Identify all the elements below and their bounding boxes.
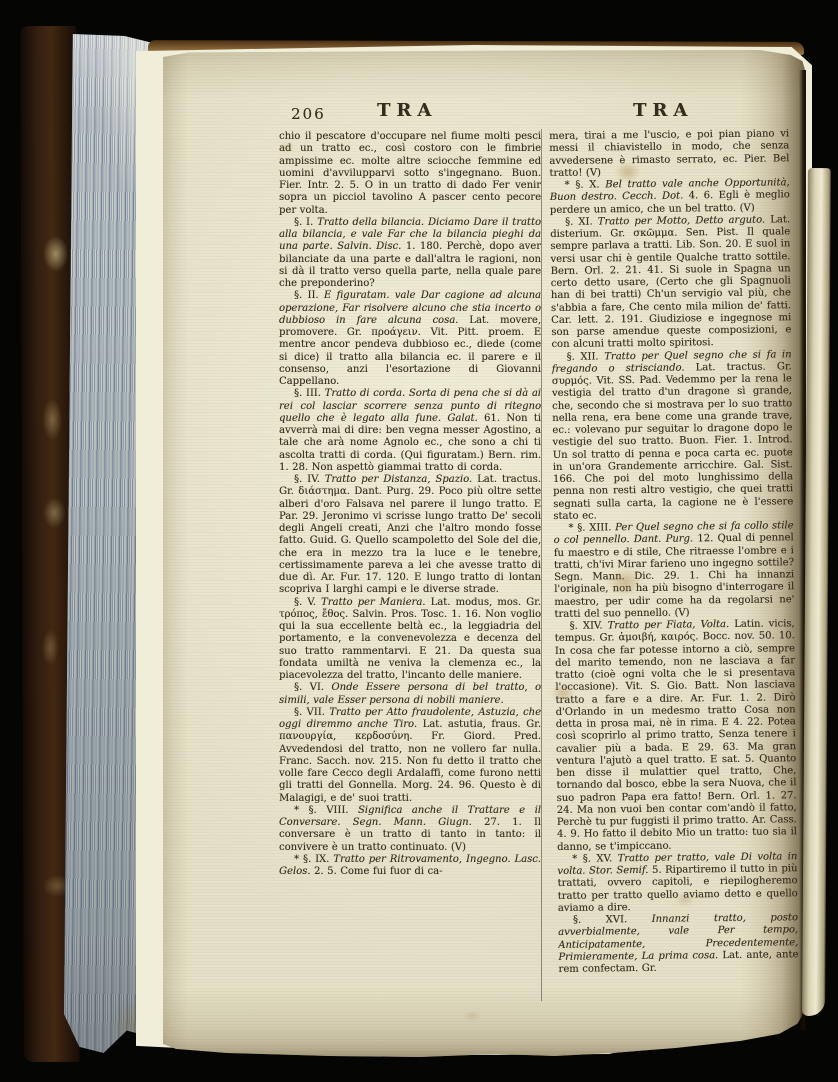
entry-body: Lat. tractus. Gr. διάστημα. Dant. Purg. …	[279, 474, 541, 595]
entry-head: * §. XIII.	[568, 522, 611, 533]
entry-head: §. V.	[294, 597, 316, 608]
entry-head: §. III.	[294, 388, 321, 399]
entry-head: §. XI.	[565, 216, 593, 227]
dictionary-entry: §. XII. Tratto per Quel segno che si fa …	[552, 349, 794, 523]
entry-head: §. I.	[294, 217, 313, 228]
dictionary-entry: §. XVI. Innanzi tratto, posto avverbialm…	[558, 912, 799, 976]
foxing-spot	[675, 892, 695, 907]
entry-def: Tratto per Distanza, Spazio.	[320, 474, 472, 485]
foxing-spot	[279, 142, 295, 154]
entry-head: * §. X.	[565, 179, 600, 190]
scanned-book-photo: 206 TRA TRA chio il pescatore d'occupare…	[0, 0, 838, 1082]
book-page: 206 TRA TRA chio il pescatore d'occupare…	[163, 50, 805, 1058]
dictionary-entry: chio il pescatore d'occupare nel fiume m…	[279, 131, 541, 217]
foxing-spot	[607, 568, 643, 596]
foxing-spot	[615, 162, 641, 182]
entry-head: * §. XV.	[572, 853, 612, 864]
entry-head: §. XIV.	[570, 620, 603, 631]
entry-head: * §. IX.	[294, 854, 329, 865]
foxing-spot	[463, 1010, 481, 1022]
dictionary-entry: §. XIV. Tratto per Fiata, Volta. Latin. …	[555, 618, 798, 853]
text-column-right: mera, tirai a me l'uscio, e poi pian pia…	[549, 128, 799, 1009]
column-divider-rule	[541, 129, 542, 1001]
dictionary-entry: §. III. Tratto di corda. Sorta di pena c…	[279, 388, 541, 474]
text-column-left: chio il pescatore d'occupare nel fiume m…	[279, 131, 541, 1009]
dictionary-entry: §. VI. Onde Essere persona di bel tratto…	[279, 682, 541, 707]
entry-body: 2. 5. Come fui fuor di ca-	[310, 866, 442, 877]
entry-head: * §. VIII.	[294, 805, 348, 816]
dictionary-entry: mera, tirai a me l'uscio, e poi pian pia…	[549, 128, 790, 180]
entry-head: §. XVI.	[573, 914, 627, 926]
entry-head: §. XII.	[567, 351, 599, 362]
entry-def: Tratto per Maniera.	[316, 597, 426, 608]
dictionary-entry: * §. IX. Tratto per Ritrovamento, Ingegn…	[279, 854, 541, 879]
facing-page-edge	[802, 168, 831, 1016]
foxing-spot	[551, 684, 575, 702]
entry-head: §. VI.	[294, 682, 324, 693]
dictionary-entry: * §. X. Bel tratto vale anche Opportunit…	[550, 177, 790, 216]
entry-body: Lat. modus, mos. Gr. τρόπος, ἔθος. Salvi…	[279, 597, 541, 682]
entry-head: §. VII.	[294, 707, 325, 718]
running-head-right: TRA	[633, 100, 693, 121]
dictionary-entry: * §. VIII. Significa anche il Trattare e…	[279, 805, 541, 854]
dictionary-entry: §. II. E figuratam. vale Dar cagione ad …	[279, 290, 541, 388]
dictionary-entry: §. IV. Tratto per Distanza, Spazio. Lat.…	[279, 474, 541, 597]
entry-body: Latin. vicis, tempus. Gr. ἀμοιβή, καιρός…	[555, 618, 797, 852]
dictionary-entry: * §. XIII. Per Quel segno che si fa coll…	[553, 520, 794, 621]
page-number: 206	[291, 105, 326, 123]
dictionary-entry: §. VII. Tratto per Atto fraudolente, Ast…	[279, 707, 541, 805]
entry-def: Tratto per Motto, Detto arguto.	[593, 214, 766, 227]
entry-body: chio il pescatore d'occupare nel fiume m…	[279, 131, 541, 216]
dictionary-entry: §. XI. Tratto per Motto, Detto arguto. L…	[550, 214, 792, 351]
entry-body: Lat. tractus. Gr. συρμός. Vit. SS. Pad. …	[552, 361, 793, 522]
entry-body: Lat. astutia, fraus. Gr. πανουργία, κερδ…	[279, 719, 541, 804]
entry-head: §. IV.	[294, 474, 320, 485]
entry-body: Lat. disterium. Gr. σκῶμμα. Sen. Pist. I…	[550, 214, 791, 350]
entry-def: Tratto per Fiata, Volta.	[602, 619, 729, 631]
running-head-left: TRA	[377, 100, 437, 121]
entry-body: mera, tirai a me l'uscio, e poi pian pia…	[549, 128, 789, 178]
entry-head: §. II.	[294, 290, 319, 301]
dictionary-entry: * §. XV. Tratto per tratto, vale Di volt…	[557, 851, 798, 915]
dictionary-entry: §. I. Tratto della bilancia. Diciamo Dar…	[279, 217, 541, 291]
dictionary-entry: §. V. Tratto per Maniera. Lat. modus, mo…	[279, 597, 541, 683]
